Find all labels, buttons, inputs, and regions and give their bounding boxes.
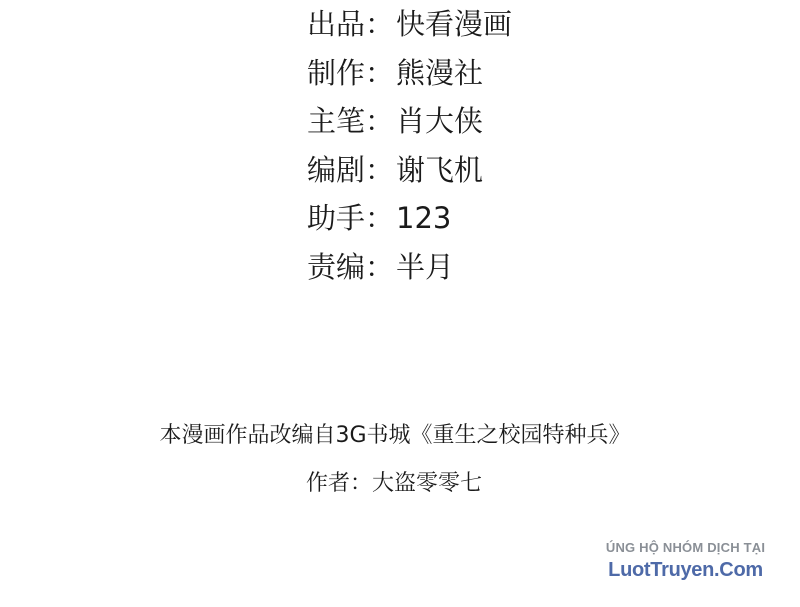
credit-label: 制作：: [307, 51, 396, 95]
credit-row-assistant: 助手：123: [307, 196, 512, 245]
credit-label: 出品：: [307, 2, 396, 46]
watermark: ÚNG HỘ NHÓM DỊCH TẠI LuotTruyen.Com: [588, 540, 783, 582]
original-author: 作者：大盗零零七: [0, 466, 794, 497]
credit-row-writer: 编剧：谢飞机: [307, 148, 512, 197]
credits-list: 出品：快看漫画 制作：熊漫社 主笔：肖大侠 编剧：谢飞机 助手：123 责编：半…: [307, 2, 512, 294]
credit-label: 编剧：: [307, 148, 396, 192]
credit-row-lead-artist: 主笔：肖大侠: [307, 99, 512, 148]
watermark-support-text: ÚNG HỘ NHÓM DỊCH TẠI: [588, 540, 783, 555]
credit-value: 熊漫社: [396, 51, 483, 95]
credit-value: 谢飞机: [396, 148, 483, 192]
credit-value: 123: [396, 196, 451, 240]
credit-value: 快看漫画: [396, 2, 512, 46]
credit-value: 肖大侠: [396, 99, 483, 143]
credit-label: 主笔：: [307, 99, 396, 143]
watermark-site-link[interactable]: LuotTruyen.Com: [588, 559, 783, 582]
adaptation-notice: 本漫画作品改编自3G书城《重生之校园特种兵》: [0, 418, 795, 449]
credit-row-editor: 责编：半月: [307, 245, 512, 294]
credit-label: 助手：: [307, 196, 396, 240]
credit-row-production: 制作：熊漫社: [307, 51, 512, 100]
credit-value: 半月: [396, 245, 454, 289]
credit-row-publisher: 出品：快看漫画: [307, 2, 512, 51]
credit-label: 责编：: [307, 245, 396, 289]
